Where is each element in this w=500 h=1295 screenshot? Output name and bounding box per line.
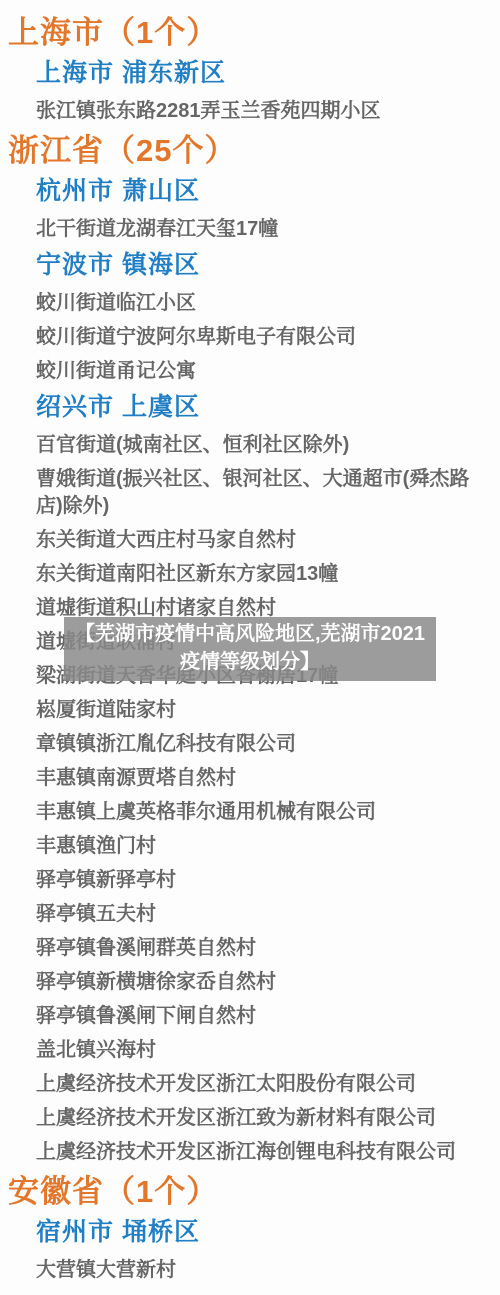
watermark-overlay: 【芜湖市疫情中高风险地区,芜湖市2021疫情等级划分】 <box>64 617 436 681</box>
risk-area-item: 上虞经济技术开发区浙江海创锂电科技有限公司 <box>36 1139 494 1166</box>
city-header-ningbo-zhenhai: 宁波市 镇海区 <box>36 250 494 280</box>
risk-area-item: 章镇镇浙江胤亿科技有限公司 <box>36 731 494 758</box>
risk-area-item: 丰惠镇南源贾塔自然村 <box>36 765 494 792</box>
risk-area-item: 蛟川街道甬记公寓 <box>36 358 494 385</box>
risk-area-item: 张江镇张东路2281弄玉兰香苑四期小区 <box>36 98 494 125</box>
risk-area-item: 大营镇大营新村 <box>36 1257 494 1284</box>
risk-area-item: 东关街道大西庄村马家自然村 <box>36 527 494 554</box>
risk-area-item: 北干街道龙湖春江天玺17幢 <box>36 216 494 243</box>
city-header-hangzhou-xiaoshan: 杭州市 萧山区 <box>36 176 494 206</box>
risk-area-item: 东关街道南阳社区新东方家园13幢 <box>36 561 494 588</box>
risk-area-item: 丰惠镇渔门村 <box>36 833 494 860</box>
risk-area-item: 百官街道(城南社区、恒利社区除外) <box>36 432 494 459</box>
risk-area-item: 盖北镇兴海村 <box>36 1037 494 1064</box>
risk-area-item: 蛟川街道临江小区 <box>36 290 494 317</box>
province-header-shanghai: 上海市（1个） <box>8 14 494 52</box>
risk-area-item: 上虞经济技术开发区浙江致为新材料有限公司 <box>36 1105 494 1132</box>
risk-area-item: 驿亭镇鲁溪闸群英自然村 <box>36 935 494 962</box>
province-header-zhejiang: 浙江省（25个） <box>8 132 494 170</box>
risk-area-page: { "colors": { "province_header": "#E2772… <box>0 0 500 1295</box>
risk-area-item: 上虞经济技术开发区浙江太阳股份有限公司 <box>36 1071 494 1098</box>
risk-area-item: 崧厦街道陆家村 <box>36 697 494 724</box>
risk-area-item: 驿亭镇鲁溪闸下闸自然村 <box>36 1003 494 1030</box>
risk-area-item: 驿亭镇新横塘徐家岙自然村 <box>36 969 494 996</box>
risk-area-item: 驿亭镇五夫村 <box>36 901 494 928</box>
province-header-anhui: 安徽省（1个） <box>8 1173 494 1211</box>
city-header-pudong: 上海市 浦东新区 <box>36 58 494 88</box>
risk-area-item: 蛟川街道宁波阿尔卑斯电子有限公司 <box>36 324 494 351</box>
city-header-shaoxing-shangyu: 绍兴市 上虞区 <box>36 392 494 422</box>
city-header-suzhou-yongqiao: 宿州市 埇桥区 <box>36 1217 494 1247</box>
risk-area-item: 曹娥街道(振兴社区、银河社区、大通超市(舜杰路店)除外) <box>36 466 494 520</box>
risk-area-item: 丰惠镇上虞英格菲尔通用机械有限公司 <box>36 799 494 826</box>
risk-area-item: 驿亭镇新驿亭村 <box>36 867 494 894</box>
